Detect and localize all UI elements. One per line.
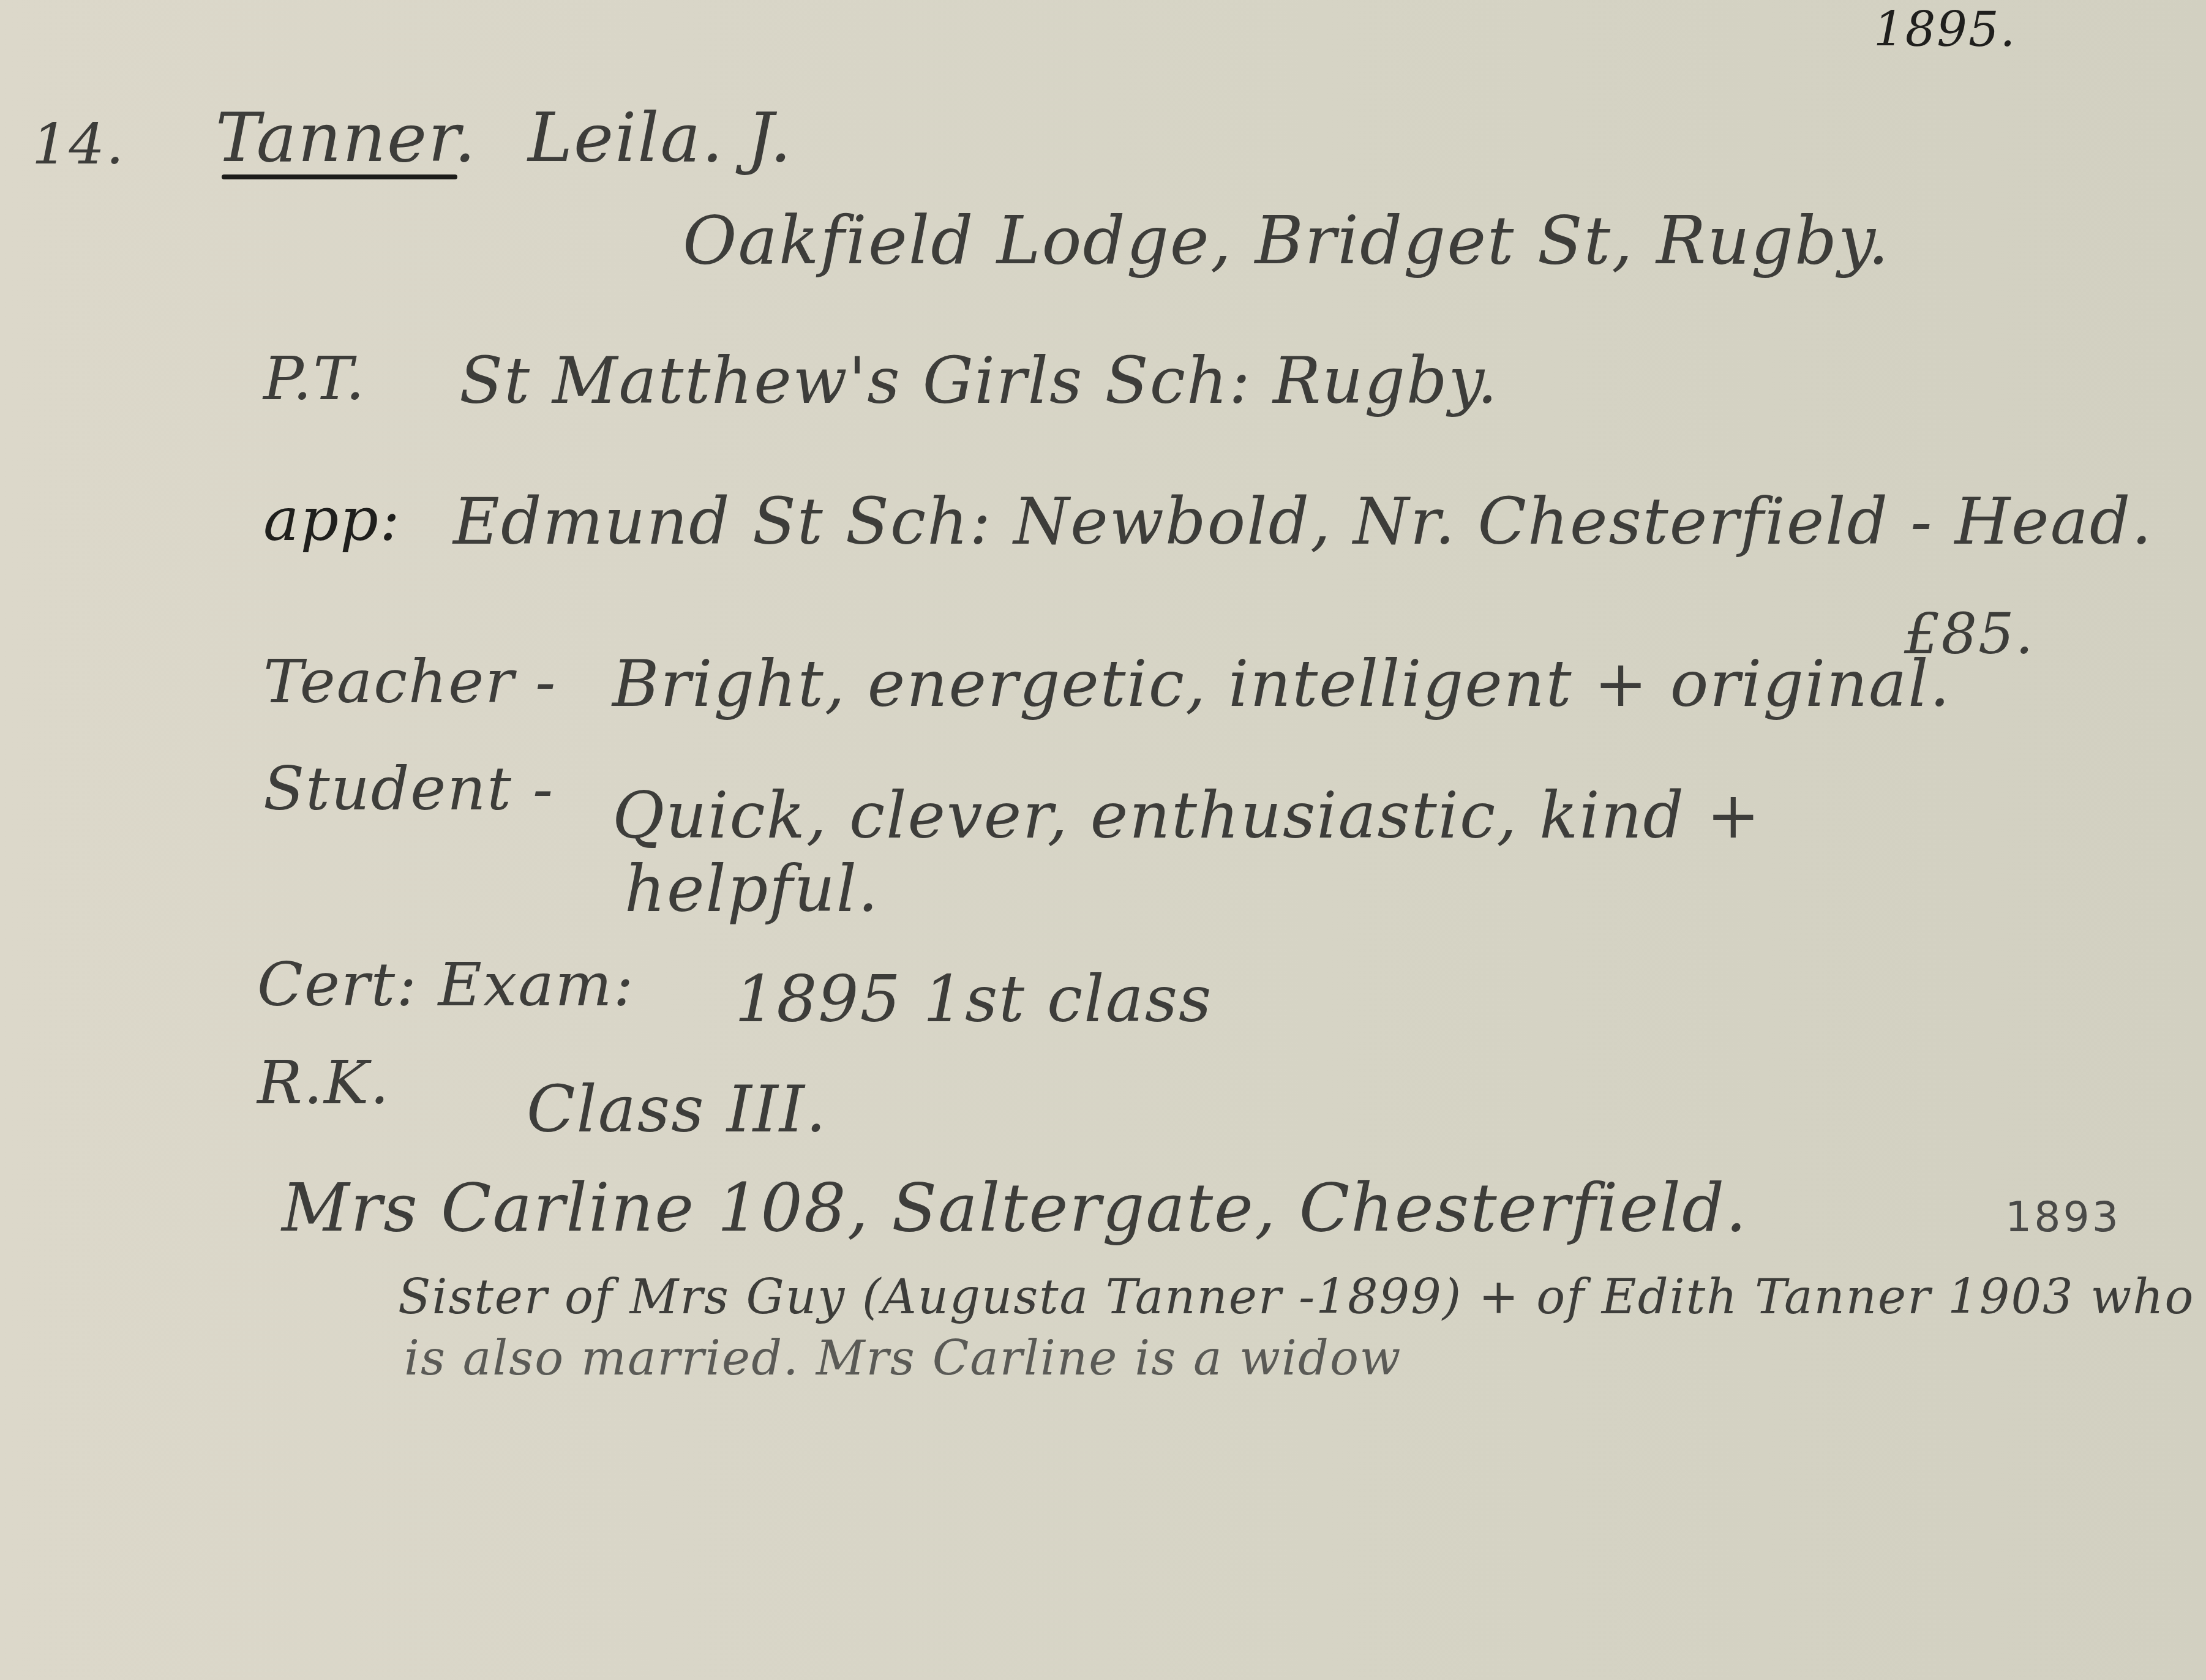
entry-surname: Tanner. [216, 104, 477, 171]
student-label: Student - [263, 759, 554, 819]
register-page: 1895. 14. Tanner. Leila. J. Oakfield Lod… [0, 0, 2206, 1680]
teacher-assessment: Bright, energetic, intelligent + origina… [612, 652, 1951, 716]
religious-knowledge-label: R.K. [257, 1053, 390, 1113]
pencil-year-annotation: 1893 [2005, 1197, 2121, 1239]
religious-knowledge-value: Class III. [527, 1078, 827, 1141]
married-name-address: Mrs Carline 108, Saltergate, Chesterfiel… [282, 1176, 1748, 1242]
certificate-label: Cert: Exam: [257, 955, 635, 1015]
entry-given-names: Leila. J. [528, 104, 793, 171]
entry-address: Oakfield Lodge, Bridget St, Rugby. [683, 208, 1890, 274]
certificate-value: 1895 1st class [735, 967, 1212, 1031]
register-year: 1895. [1874, 6, 2016, 54]
surname-underline [222, 174, 457, 179]
student-assessment-line-2: helpful. [625, 857, 879, 921]
teacher-label: Teacher - [263, 652, 557, 712]
family-note-line-2: is also married. Mrs Carline is a widow [404, 1335, 1402, 1382]
entry-number: 14. [32, 116, 125, 173]
appointment-value: Edmund St Sch: Newbold, Nr. Chesterfield… [453, 490, 2153, 553]
student-assessment-line-1: Quick, clever, enthusiastic, kind + [612, 784, 1761, 847]
appointment-label: app: [263, 490, 401, 550]
family-note-line-1: Sister of Mrs Guy (Augusta Tanner -1899)… [398, 1273, 2195, 1321]
pupil-teacher-label: P.T. [263, 349, 366, 409]
pupil-teacher-value: St Matthew's Girls Sch: Rugby. [459, 349, 1499, 413]
